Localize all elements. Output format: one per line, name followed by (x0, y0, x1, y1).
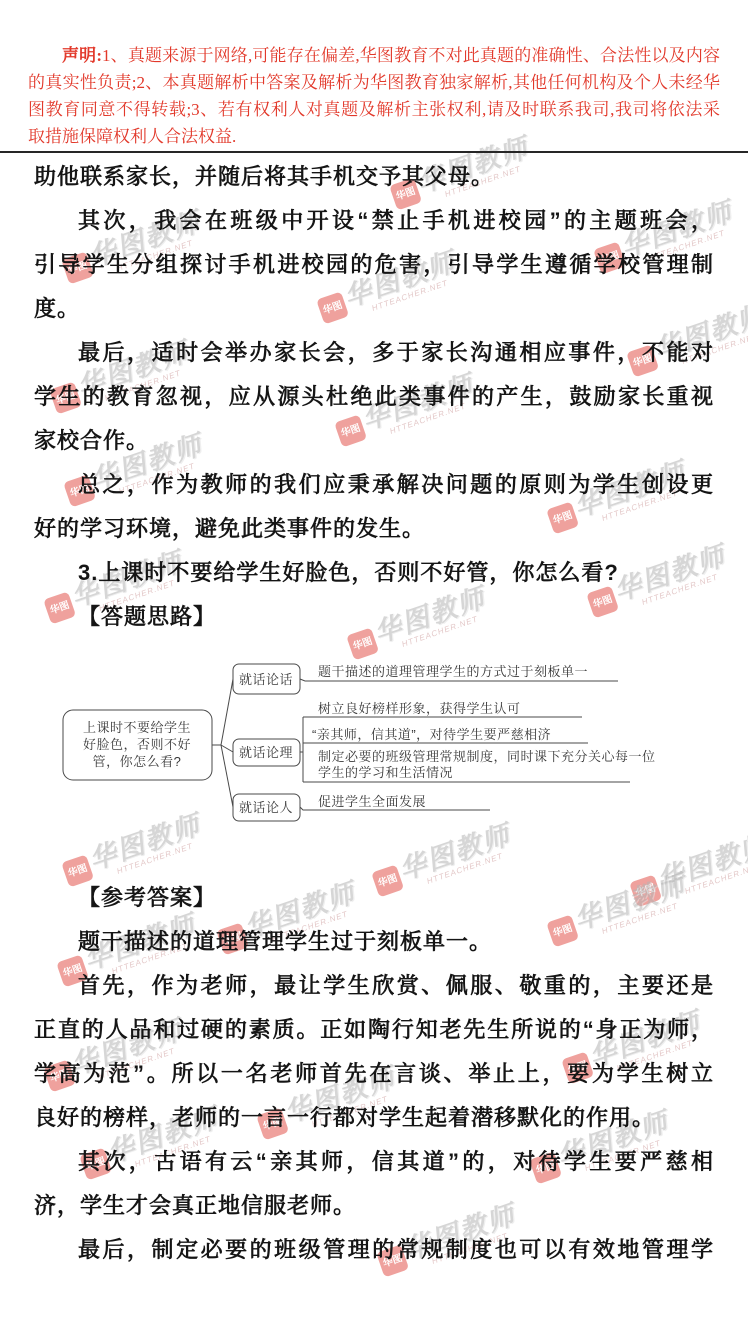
mindmap-leaf-text: “亲其师，信其道”，对待学生要严慈相济 (312, 727, 551, 743)
text-line: 济，学生才会真正地信服老师。 (34, 1184, 714, 1228)
mindmap-root-text: 上课时不要给学生 (83, 720, 191, 735)
mindmap-leaf-text: 学生的学习和生活情况 (318, 765, 453, 780)
mindmap-leaf-text: 促进学生全面发展 (318, 794, 426, 809)
mindmap-svg: 上课时不要给学生 好脸色，否则不好 管，你怎么看? 就话论话 就话论理 就话论人… (0, 647, 748, 839)
mindmap-leaf-text: 题干描述的道理管理学生的方式过于刻板单一 (318, 664, 588, 679)
mindmap-texts: 上课时不要给学生 好脸色，否则不好 管，你怎么看? 就话论话 就话论理 就话论人… (83, 664, 656, 815)
text-line: 家校合作。 (34, 419, 714, 463)
question-response-text: 助他联系家长，并随后将其手机交予其父母。其次，我会在班级中开设“禁止手机进校园”… (0, 155, 748, 639)
disclaimer-line: 的真实性负责;2、本真题解析中答案及解析为华图教育独家解析,其他任何机构及个人未… (28, 69, 720, 96)
reference-answer-text: 【参考答案】题干描述的道理管理学生过于刻板单一。首先，作为老师，最让学生欣赏、佩… (0, 876, 748, 1272)
mindmap-branch-label: 就话论话 (239, 672, 293, 687)
section-divider (0, 151, 748, 153)
answer-mindmap-diagram: 上课时不要给学生 好脸色，否则不好 管，你怎么看? 就话论话 就话论理 就话论人… (0, 647, 748, 839)
mindmap-root-text: 好脸色，否则不好 (83, 737, 191, 753)
text-line: 助他联系家长，并随后将其手机交予其父母。 (34, 155, 714, 199)
text-line: 总之，作为教师的我们应秉承解决问题的原则为学生创设更 (34, 463, 714, 507)
text-line: 良好的榜样，老师的一言一行都对学生起着潜移默化的作用。 (34, 1096, 714, 1140)
document-page: 华图华图教师HTTEACHER.NET华图华图教师HTTEACHER.NET华图… (0, 0, 748, 1335)
text-line: 好的学习环境，避免此类事件的发生。 (34, 507, 714, 551)
mindmap-branch-label: 就话论人 (239, 800, 293, 815)
text-line: 【参考答案】 (34, 876, 714, 920)
disclaimer-label: 声明: (62, 46, 102, 65)
text-line: 学生的教育忽视，应从源头杜绝此类事件的产生，鼓励家长重视 (34, 375, 714, 419)
mindmap-leaf-text: 制定必要的班级管理常规制度，同时课下充分关心每一位 (318, 749, 656, 765)
text-line: 【答题思路】 (34, 595, 714, 639)
document-content: 声明:1、真题来源于网络,可能存在偏差,华图教育不对此真题的准确性、合法性以及内… (0, 0, 748, 1272)
disclaimer: 声明:1、真题来源于网络,可能存在偏差,华图教育不对此真题的准确性、合法性以及内… (0, 0, 748, 150)
text-line: 题干描述的道理管理学生过于刻板单一。 (34, 920, 714, 964)
text-line: 其次，古语有云“亲其师，信其道”的，对待学生要严慈相 (34, 1140, 714, 1184)
text-line: 最后，制定必要的班级管理的常规制度也可以有效地管理学 (34, 1228, 714, 1272)
disclaimer-line: 取措施保障权利人合法权益. (28, 123, 720, 150)
disclaimer-text: 1、真题来源于网络,可能存在偏差,华图教育不对此真题的准确性、合法性以及内容 (102, 46, 720, 65)
text-line: 3.上课时不要给学生好脸色，否则不好管，你怎么看? (34, 551, 714, 595)
text-line: 度。 (34, 287, 714, 331)
text-line: 首先，作为老师，最让学生欣赏、佩服、敬重的，主要还是 (34, 964, 714, 1008)
mindmap-leaf-text: 树立良好榜样形象，获得学生认可 (318, 701, 521, 717)
text-line: 其次，我会在班级中开设“禁止手机进校园”的主题班会， (34, 199, 714, 243)
disclaimer-line: 图教育同意不得转载;3、若有权利人对真题及解析主张权利,请及时联系我司,我司将依… (28, 96, 720, 123)
text-line: 正直的人品和过硬的素质。正如陶行知老先生所说的“身正为师， (34, 1008, 714, 1052)
text-line: 最后，适时会举办家长会，多于家长沟通相应事件，不能对 (34, 331, 714, 375)
disclaimer-line: 声明:1、真题来源于网络,可能存在偏差,华图教育不对此真题的准确性、合法性以及内… (28, 42, 720, 69)
mindmap-root-text: 管，你怎么看? (93, 754, 182, 770)
text-line: 引导学生分组探讨手机进校园的危害，引导学生遵循学校管理制 (34, 243, 714, 287)
text-line: 学高为范”。所以一名老师首先在言谈、举止上，要为学生树立 (34, 1052, 714, 1096)
mindmap-branch-label: 就话论理 (239, 745, 293, 760)
